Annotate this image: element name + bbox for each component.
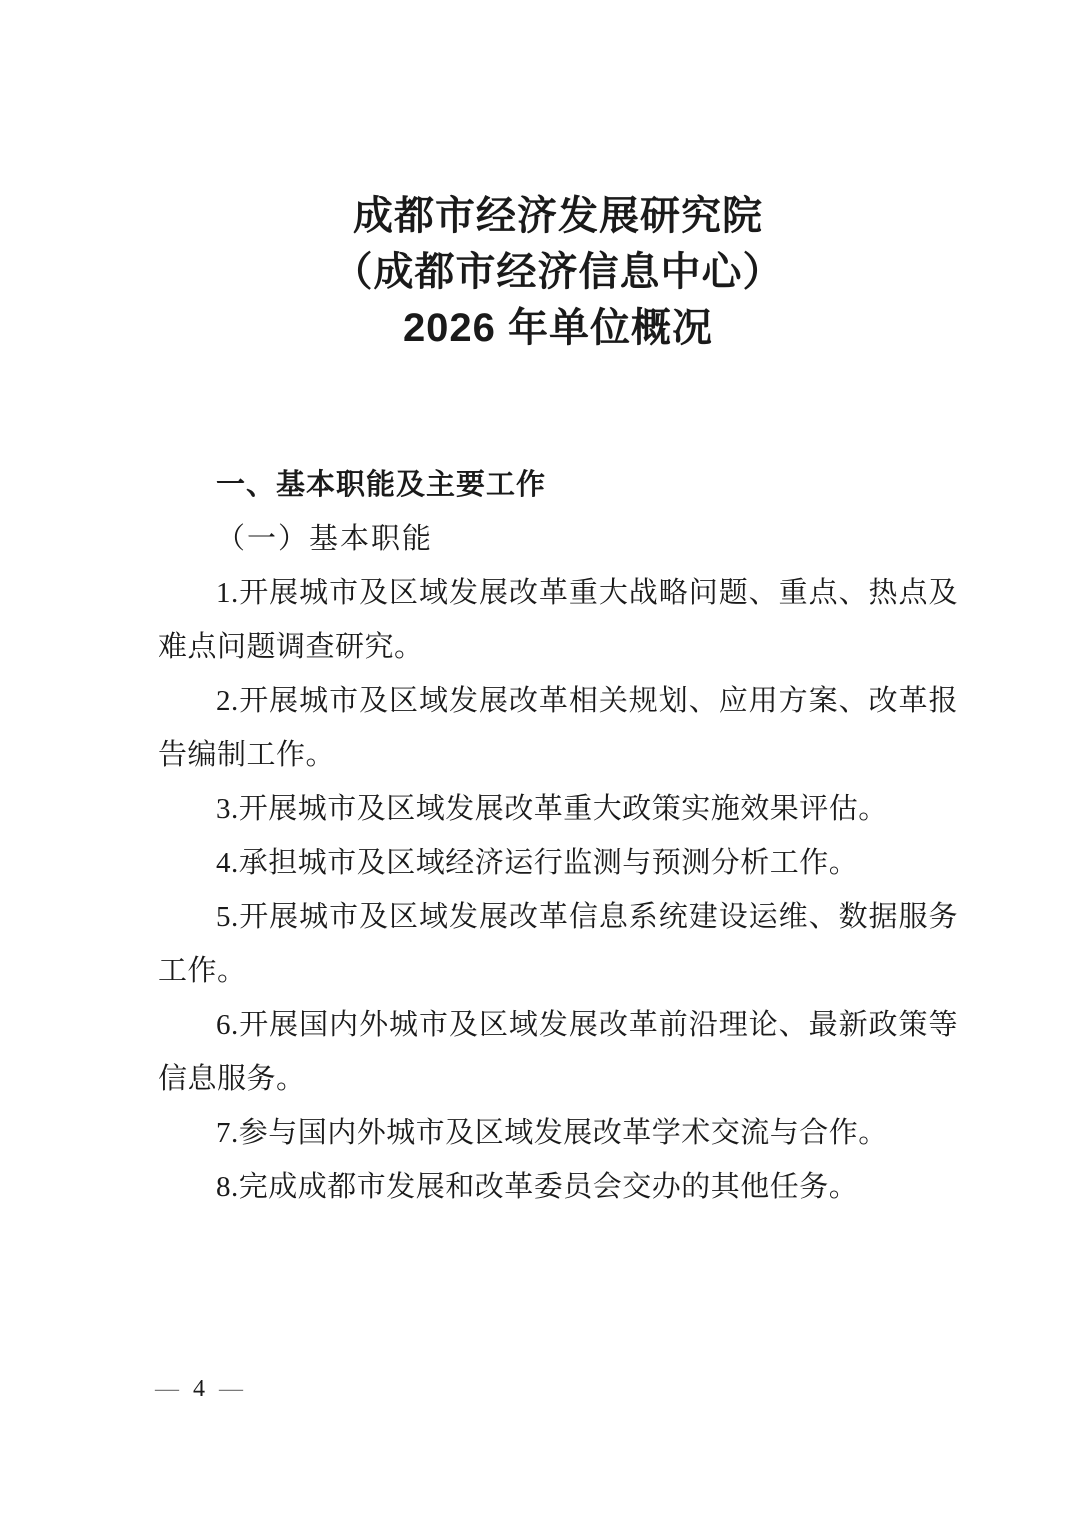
paragraph-item-8: 8.完成成都市发展和改革委员会交办的其他任务。: [158, 1160, 958, 1214]
subsection-heading: （一）基本职能: [158, 512, 958, 566]
paragraph-item-4: 4.承担城市及区域经济运行监测与预测分析工作。: [158, 836, 958, 890]
paragraph-item-3: 3.开展城市及区域发展改革重大政策实施效果评估。: [158, 782, 958, 836]
title-line-3: 2026 年单位概况: [158, 300, 958, 356]
page-number: —4—: [145, 1374, 253, 1404]
paragraph-item-6: 6.开展国内外城市及区域发展改革前沿理论、最新政策等信息服务。: [158, 998, 958, 1106]
document-body: 一、基本职能及主要工作 （一）基本职能 1.开展城市及区域发展改革重大战略问题、…: [158, 458, 958, 1214]
document-page: 成都市经济发展研究院 （成都市经济信息中心） 2026 年单位概况 一、基本职能…: [0, 0, 1080, 1527]
title-line-1: 成都市经济发展研究院: [158, 188, 958, 244]
page-number-dash-right: —: [209, 1376, 253, 1402]
paragraph-item-5: 5.开展城市及区域发展改革信息系统建设运维、数据服务工作。: [158, 890, 958, 998]
title-line-2: （成都市经济信息中心）: [158, 244, 958, 300]
page-number-dash-left: —: [145, 1376, 189, 1402]
document-content: 成都市经济发展研究院 （成都市经济信息中心） 2026 年单位概况 一、基本职能…: [158, 0, 958, 1214]
document-title: 成都市经济发展研究院 （成都市经济信息中心） 2026 年单位概况: [158, 188, 958, 356]
paragraph-item-1: 1.开展城市及区域发展改革重大战略问题、重点、热点及难点问题调查研究。: [158, 566, 958, 674]
section-heading: 一、基本职能及主要工作: [158, 458, 958, 512]
page-number-value: 4: [189, 1376, 209, 1402]
paragraph-item-2: 2.开展城市及区域发展改革相关规划、应用方案、改革报告编制工作。: [158, 674, 958, 782]
paragraph-item-7: 7.参与国内外城市及区域发展改革学术交流与合作。: [158, 1106, 958, 1160]
